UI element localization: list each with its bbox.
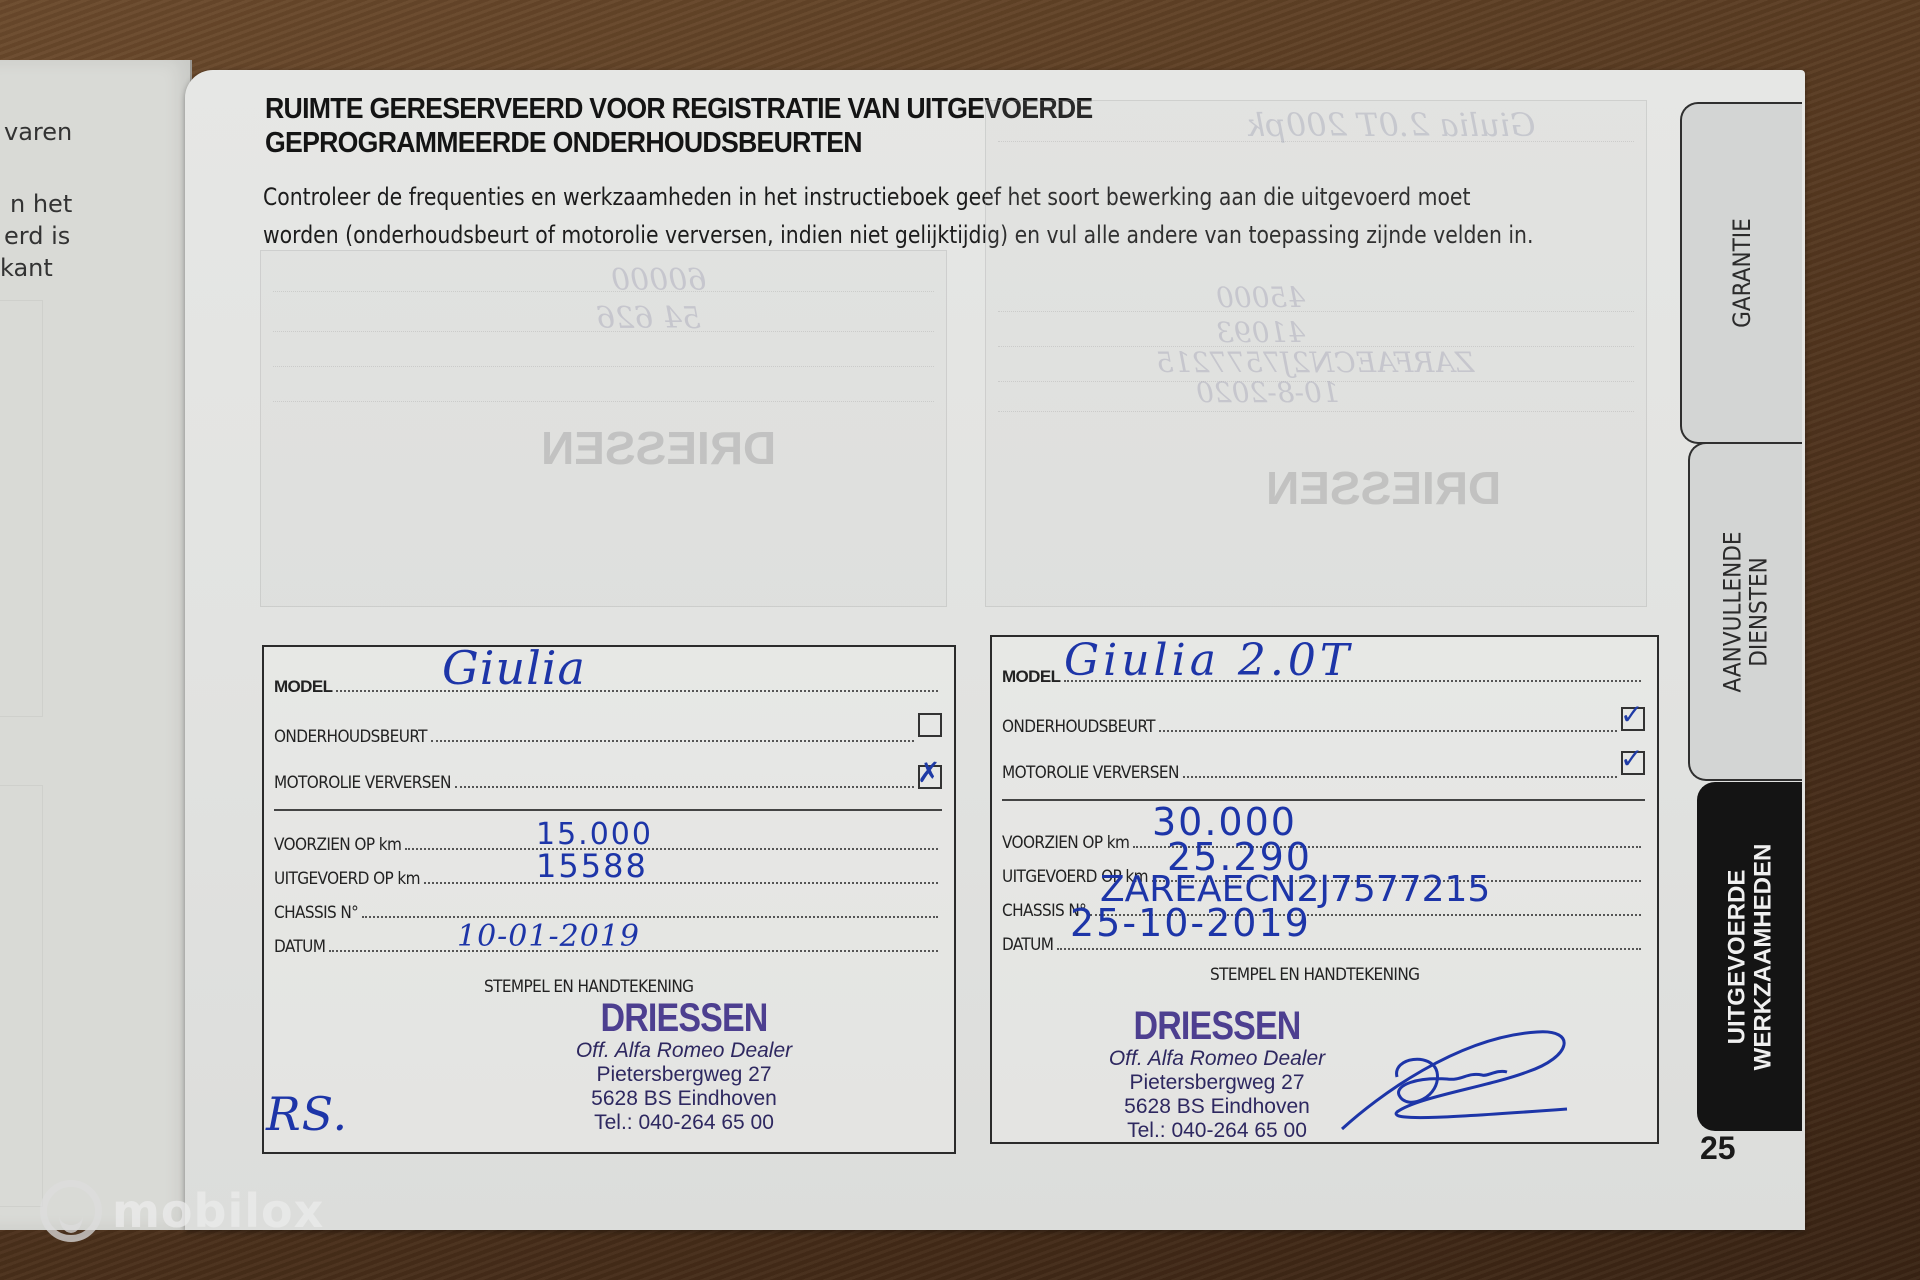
- ghost-stamp: DRIESSEN: [1266, 461, 1501, 515]
- dealer-city: 5628 BS Eindhoven: [1087, 1095, 1347, 1119]
- date-value[interactable]: 25-10-2019: [1070, 901, 1311, 945]
- previous-page-ghost-box: [0, 785, 43, 1207]
- performed-km-value[interactable]: 15588: [536, 847, 648, 885]
- model-label: MODEL: [274, 677, 332, 697]
- dealer-name: DRIESSEN: [1107, 1005, 1328, 1047]
- watermark-text: mobilox: [112, 1184, 324, 1238]
- oil-change-label: MOTOROLIE VERVERSEN: [1002, 763, 1179, 783]
- signature-initials: RS.: [266, 1087, 348, 1141]
- tab-aanvullende-diensten[interactable]: AANVULLENDE DIENSTEN: [1688, 442, 1802, 781]
- tab-label: GARANTIE: [1729, 218, 1755, 328]
- ghost-value: Giulia 2.0T 200pk: [1246, 106, 1535, 144]
- maintenance-checkbox[interactable]: ✓: [1621, 707, 1645, 731]
- performed-km-label: UITGEVOERD OP km: [274, 869, 420, 889]
- maintenance-row: ONDERHOUDSBEURT ✗: [274, 719, 942, 747]
- previous-page-ghost-box: [0, 300, 43, 717]
- tab-label: UITGEVOERDE WERKZAAMHEDEN: [1725, 843, 1777, 1070]
- service-entry-2: MODEL Giulia 2.0T ONDERHOUDSBEURT ✓ MOTO…: [990, 635, 1659, 1144]
- planned-km-label: VOORZIEN OP km: [1002, 833, 1129, 853]
- previous-page-text: n het: [10, 190, 72, 218]
- planned-km-row: VOORZIEN OP km: [1002, 825, 1645, 853]
- ghost-entry-right: Giulia 2.0T 200pk 45000 41093 ZARFAECN2J…: [985, 100, 1647, 607]
- ghost-value: 10-8-2020: [1196, 376, 1340, 409]
- model-value[interactable]: Giulia: [442, 641, 586, 695]
- date-label: DATUM: [274, 937, 325, 957]
- page-title: RUIMTE GERESERVEERD VOOR REGISTRATIE VAN…: [265, 92, 1092, 160]
- check-mark-icon: ✓: [1620, 701, 1643, 729]
- oil-change-label: MOTOROLIE VERVERSEN: [274, 773, 451, 793]
- dealer-type: Off. Alfa Romeo Dealer: [1087, 1047, 1347, 1071]
- tab-label: AANVULLENDE DIENSTEN: [1720, 531, 1772, 692]
- oil-change-checkbox[interactable]: ✓: [1621, 751, 1645, 775]
- model-row: MODEL: [274, 669, 942, 697]
- maintenance-label: ONDERHOUDSBEURT: [274, 727, 427, 747]
- maintenance-label: ONDERHOUDSBEURT: [1002, 717, 1155, 737]
- dealer-street: Pietersbergweg 27: [534, 1063, 834, 1087]
- dealer-type: Off. Alfa Romeo Dealer: [534, 1039, 834, 1063]
- ghost-stamp: DRIESSEN: [541, 421, 776, 475]
- maintenance-log-page: RUIMTE GERESERVEERD VOOR REGISTRATIE VAN…: [185, 70, 1805, 1230]
- ghost-value: 45000: [1216, 281, 1305, 314]
- previous-page-text: erd is: [4, 222, 70, 250]
- service-entry-1: MODEL Giulia ONDERHOUDSBEURT ✗ MOTOROLIE…: [262, 645, 956, 1154]
- mobilox-logo-icon: [40, 1180, 102, 1242]
- signature-scribble: [1337, 1017, 1577, 1137]
- date-value[interactable]: 10-01-2019: [457, 919, 640, 954]
- dealer-stamp: DRIESSEN Off. Alfa Romeo Dealer Pietersb…: [1087, 1005, 1347, 1143]
- cross-mark-icon: ✗: [917, 759, 940, 787]
- stamp-signature-label: STEMPEL EN HANDTEKENING: [484, 977, 693, 997]
- dealer-phone: Tel.: 040-264 65 00: [534, 1111, 834, 1135]
- previous-page-text: varen: [4, 118, 72, 146]
- tab-garantie[interactable]: GARANTIE: [1680, 102, 1802, 444]
- page-title-line: GEPROGRAMMEERDE ONDERHOUDSBEURTEN: [265, 127, 862, 159]
- stamp-signature-label: STEMPEL EN HANDTEKENING: [1210, 965, 1419, 985]
- model-label: MODEL: [1002, 667, 1060, 687]
- dealer-street: Pietersbergweg 27: [1087, 1071, 1347, 1095]
- divider: [274, 809, 942, 811]
- previous-page-text: kant: [0, 254, 53, 282]
- oil-change-checkbox[interactable]: ✗: [918, 765, 942, 789]
- ghost-value: 41093: [1216, 316, 1305, 349]
- watermark: mobilox: [40, 1180, 324, 1242]
- chassis-label: CHASSIS N°: [274, 903, 358, 923]
- ghost-value: ZARFAECN2J7577215: [1156, 346, 1474, 379]
- oil-change-row: MOTOROLIE VERVERSEN ✓: [1002, 755, 1645, 783]
- oil-change-row: MOTOROLIE VERVERSEN ✗: [274, 765, 942, 793]
- ghost-value: 60000: [611, 263, 706, 298]
- dealer-phone: Tel.: 040-264 65 00: [1087, 1119, 1347, 1143]
- previous-page: varen n het erd is kant: [0, 60, 192, 1230]
- maintenance-checkbox[interactable]: ✗: [918, 713, 942, 737]
- maintenance-row: ONDERHOUDSBEURT ✓: [1002, 709, 1645, 737]
- page-number: 25: [1700, 1130, 1736, 1167]
- dealer-name: DRIESSEN: [557, 997, 812, 1039]
- page-title-line: RUIMTE GERESERVEERD VOOR REGISTRATIE VAN…: [265, 93, 1092, 125]
- ghost-entry-left: 60000 54 626 DRIESSEN: [260, 250, 947, 607]
- ghost-value: 54 626: [596, 301, 701, 336]
- check-mark-icon: ✓: [1620, 745, 1643, 773]
- divider: [1002, 799, 1645, 801]
- tab-uitgevoerde-werkzaamheden[interactable]: UITGEVOERDE WERKZAAMHEDEN: [1697, 782, 1802, 1131]
- dealer-city: 5628 BS Eindhoven: [534, 1087, 834, 1111]
- model-value[interactable]: Giulia 2.0T: [1064, 635, 1353, 686]
- dealer-stamp: DRIESSEN Off. Alfa Romeo Dealer Pietersb…: [534, 997, 834, 1135]
- date-label: DATUM: [1002, 935, 1053, 955]
- planned-km-label: VOORZIEN OP km: [274, 835, 401, 855]
